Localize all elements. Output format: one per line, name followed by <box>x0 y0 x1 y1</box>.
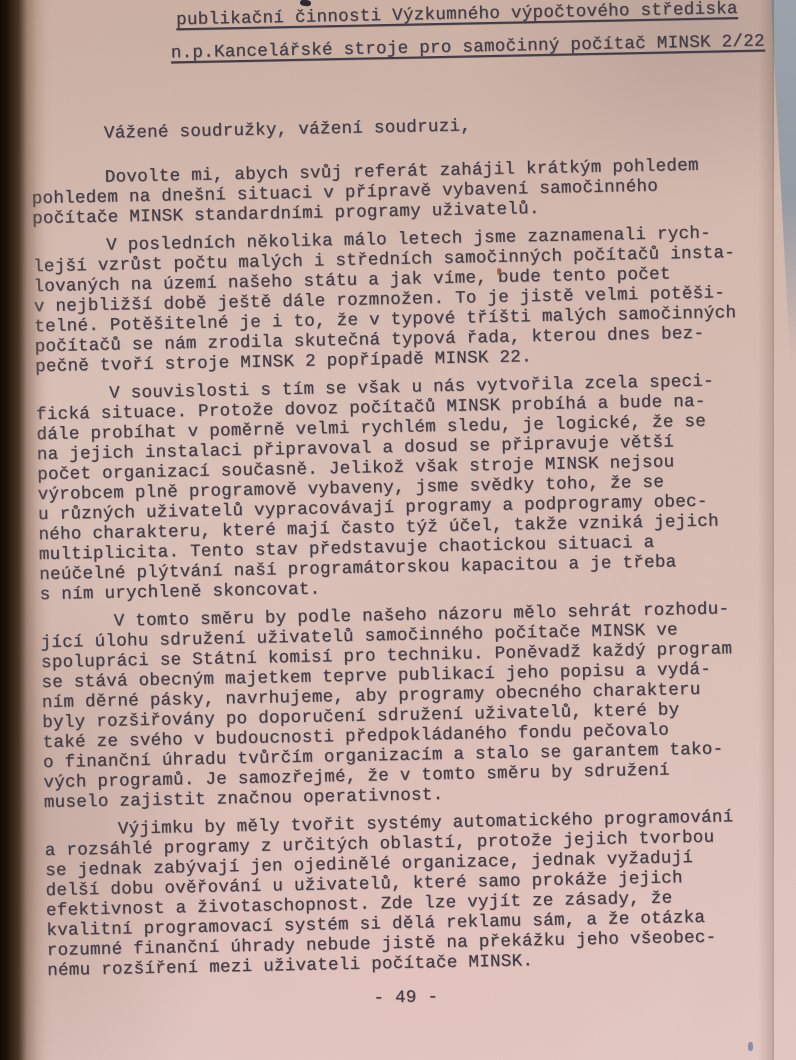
cut-off-character-fragment <box>300 0 312 7</box>
paragraph: Dovolte mi, abych svůj referát zahájil k… <box>31 155 748 229</box>
paper-speck <box>748 1042 753 1051</box>
heading-line-1-text: publikační činnosti Výzkumného výpočtové… <box>176 0 738 30</box>
body-paragraphs: Dovolte mi, abych svůj referát zahájil k… <box>31 155 763 981</box>
scanned-document-page: publikační činnosti Výzkumného výpočtové… <box>0 0 796 1060</box>
binding-shadow <box>0 0 52 1060</box>
salutation: Vážené soudružky, vážení soudruzi, <box>30 111 746 145</box>
document-heading: publikační činnosti Výzkumného výpočtové… <box>176 0 745 76</box>
paragraph: V tomto směru by podle našeho názoru měl… <box>40 599 760 813</box>
paragraph: V posledních několika málo letech jsme z… <box>33 223 752 377</box>
paragraph: V souvislosti s tím se však u nás vytvoř… <box>35 371 755 605</box>
page-number: - 49 - <box>48 981 764 1015</box>
page-content: publikační činnosti Výzkumného výpočtové… <box>28 0 764 1015</box>
paper-speck <box>497 268 501 275</box>
paragraph: Výjimku by měly tvořit systémy automatic… <box>44 807 763 981</box>
backing-board-edge <box>770 0 796 1060</box>
